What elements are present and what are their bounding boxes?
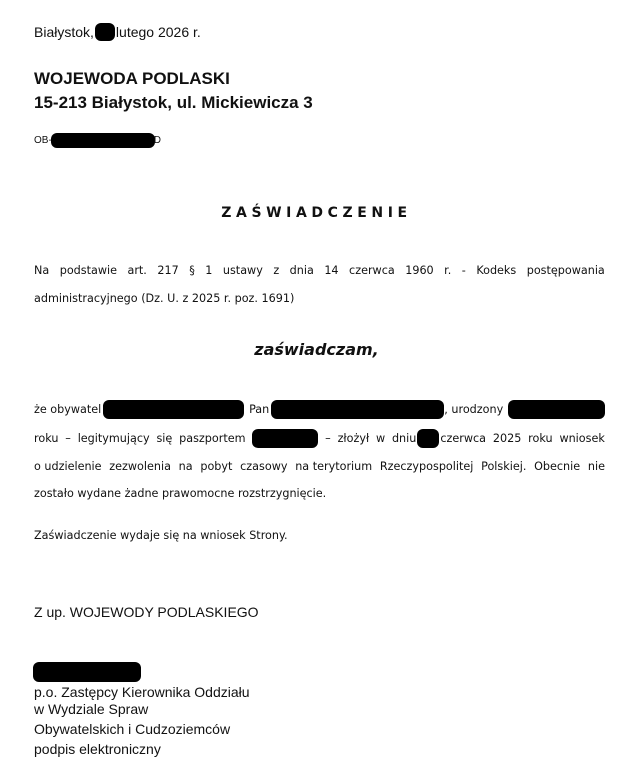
- word: z: [273, 264, 279, 277]
- signer-title-3: Obywatelskich i Cudzoziemców: [34, 721, 230, 737]
- certify-heading: zaświadczam,: [0, 340, 633, 359]
- word: się: [156, 432, 172, 445]
- word: podstawie: [60, 264, 117, 277]
- word: §: [189, 264, 195, 277]
- date-month-year: lutego 2026 r.: [116, 24, 201, 40]
- word: –: [325, 432, 331, 445]
- signer-title-1: p.o. Zastępcy Kierownika Oddziału: [34, 684, 250, 700]
- body-line-3: o udzieleniezezwolenianapobytczasowyna t…: [34, 456, 605, 476]
- legal-basis-line-1: Napodstawieart.217§1ustawyzdnia14czerwca…: [34, 260, 605, 280]
- word: nie: [588, 460, 605, 473]
- word: ustawy: [223, 264, 263, 277]
- word: -: [462, 264, 466, 277]
- word: 14: [324, 264, 338, 277]
- word: r.: [444, 264, 451, 277]
- text-mr: Pan: [249, 403, 269, 416]
- word: –: [65, 432, 71, 445]
- redaction-passport-number: [252, 429, 318, 448]
- word: złożył: [338, 432, 370, 445]
- word: na terytorium: [295, 460, 372, 473]
- office-name: WOJEWODA PODLASKI: [34, 69, 230, 89]
- redaction-date-of-birth: [508, 400, 605, 419]
- word: paszportem: [179, 432, 245, 445]
- electronic-signature-note: podpis elektroniczny: [34, 741, 161, 757]
- word: roku: [34, 432, 58, 445]
- body-line-1: że obywatel Pan, urodzony: [34, 399, 605, 419]
- word: na: [179, 460, 193, 473]
- text-born: , urodzony: [444, 403, 503, 416]
- case-ref-suffix: D: [154, 135, 161, 146]
- word: postępowania: [527, 264, 605, 277]
- case-ref-prefix: OB-: [34, 135, 52, 146]
- word: wniosek: [559, 432, 604, 445]
- word: 2025: [493, 432, 521, 445]
- word: pobyt: [200, 460, 232, 473]
- document-title: ZAŚWIADCZENIE: [0, 205, 633, 221]
- word: czerwca: [440, 432, 486, 445]
- word: Rzeczypospolitej: [380, 460, 474, 473]
- word: art.: [127, 264, 146, 277]
- word: 1: [205, 264, 212, 277]
- body-line-4: zostało wydane żadne prawomocne rozstrzy…: [34, 483, 605, 503]
- word: dnia: [290, 264, 314, 277]
- word: o udzielenie: [34, 460, 102, 473]
- word: 217: [157, 264, 178, 277]
- redaction-application-day: [417, 429, 439, 448]
- word: legitymujący: [78, 432, 150, 445]
- redaction-citizenship: [103, 400, 244, 419]
- word: roku: [528, 432, 552, 445]
- word: dniu: [392, 432, 416, 445]
- word: w: [376, 432, 385, 445]
- word: Obecnie: [534, 460, 580, 473]
- redaction-full-name: [271, 400, 444, 419]
- word: Polskiej.: [481, 460, 526, 473]
- document-date: Białystok,lutego 2026 r.: [34, 24, 201, 42]
- redaction-signer-name: [33, 662, 141, 682]
- word: zezwolenia: [109, 460, 171, 473]
- redaction-date-day: [95, 23, 115, 41]
- case-reference: OB-D: [34, 133, 161, 148]
- signer-title-2: w Wydziale Spraw: [34, 701, 148, 717]
- signature-authority: Z up. WOJEWODY PODLASKIEGO: [34, 604, 259, 620]
- word: czerwca: [349, 264, 395, 277]
- legal-basis-line-2: administracyjnego (Dz. U. z 2025 r. poz.…: [34, 288, 605, 308]
- date-place: Białystok,: [34, 24, 94, 40]
- redaction-case-number: [51, 133, 155, 148]
- word: 1960: [405, 264, 433, 277]
- word: czasowy: [240, 460, 287, 473]
- text-citizen: że obywatel: [34, 403, 101, 416]
- closing-statement: Zaświadczenie wydaje się na wniosek Stro…: [34, 525, 605, 545]
- office-address: 15-213 Białystok, ul. Mickiewicza 3: [34, 93, 313, 113]
- word: Kodeks: [476, 264, 516, 277]
- body-line-2: roku – legitymujący się paszportem – zło…: [34, 428, 605, 448]
- word: Na: [34, 264, 49, 277]
